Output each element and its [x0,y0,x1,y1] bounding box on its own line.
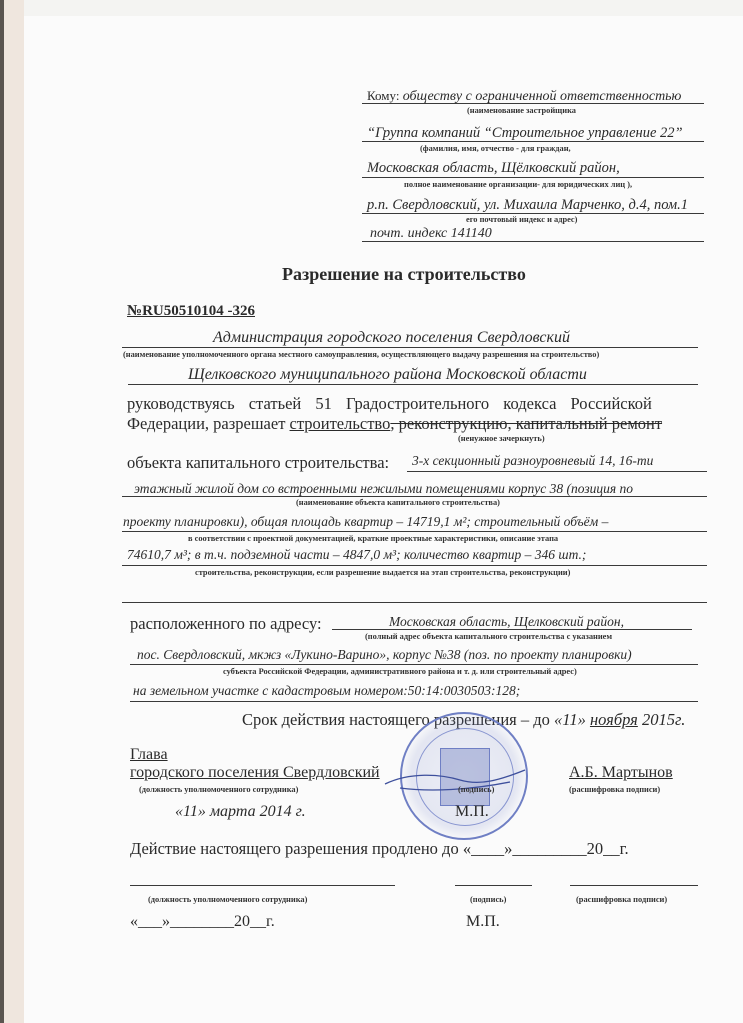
caption-full-address: (полный адрес объекта капитального строи… [365,632,612,641]
underline [128,384,698,385]
struck-options: , реконструкцию, капитальный ремонт [390,414,662,433]
underline [130,701,698,702]
validity-month: ноября [590,710,638,729]
caption-stage: строительства, реконструкции, если разре… [195,568,570,577]
location-value-2: пос. Свердловский, мкжз «Лукино-Варино»,… [137,647,632,663]
caption-position: (должность уполномоченного сотрудника) [139,785,298,794]
underline [122,347,698,348]
signatory-title-1: Глава [130,746,168,764]
caption-strike-out: (ненужное зачеркнуть) [458,434,545,443]
permit-text-line2: Федерации, разрешает строительство, реко… [127,414,662,434]
addressee-value-2: “Группа компаний “Строительное управлени… [367,125,683,142]
location-value-1: Московская область, Щелковский район, [389,614,624,630]
underline [362,141,704,142]
permit-text-prefix: Федерации, разрешает [127,414,290,433]
caption-citizen-name: (фамилия, имя, отчество - для граждан, [420,144,571,153]
underline [407,471,707,472]
caption-extension-position: (должность уполномоченного сотрудника) [148,895,307,904]
location-label: расположенного по адресу: [130,614,322,634]
caption-signature: (подпись) [458,785,494,794]
underline [362,177,704,178]
caption-subject: субъекта Российской Федерации, администр… [223,667,577,676]
underline [122,531,707,532]
underline [122,496,707,497]
caption-developer: (наименование застройщика [467,106,576,115]
underline [122,565,707,566]
authority-value-2: Щелковского муниципального района Москов… [188,366,587,384]
caption-name: (расшифровка подписи) [569,785,660,794]
scan-margin [4,0,24,1023]
object-value-1: 3-х секционный разноуровневый 14, 16-ти [412,453,653,469]
empty-line [122,602,707,603]
underline [130,664,698,665]
caption-org-name: полное наименование организации- для юри… [404,180,632,189]
object-value-3: проекту планировки), общая площадь кварт… [123,514,608,530]
caption-authority: (наименование уполномоченного органа мес… [123,350,599,359]
signature-line-name [570,885,698,886]
signature-icon [380,762,530,802]
validity-prefix: Срок действия настоящего разрешения – до [242,710,554,729]
addressee-value-5: почт. индекс 141140 [370,226,492,242]
caption-object-name: (наименование объекта капитального строи… [296,498,500,507]
underline [362,213,704,214]
signature-line-sign [455,885,532,886]
caption-postal: его почтовый индекс и адрес) [466,215,577,224]
signatory-name: А.Б. Мартынов [569,764,673,782]
underline [362,103,704,104]
page-title: Разрешение на строительство [282,264,526,285]
addressee-value-4: р.п. Свердловский, ул. Михаила Марченко,… [367,197,688,214]
validity-day: «11» [554,710,586,729]
validity-year: 2015г. [642,710,685,729]
permit-number: №RU50510104 -326 [127,303,255,320]
signatory-title-2: городского поселения Свердловский [130,764,380,782]
authority-value-1: Администрация городского поселения Сверд… [213,329,570,347]
location-value-3: на земельном участке с кадастровым номер… [133,683,520,699]
extension-date: «___»________20__г. [130,913,275,931]
addressee-value-3: Московская область, Щёлковский район, [367,160,620,177]
underline [362,241,704,242]
to-label: Кому: [367,88,399,103]
object-label: объекта капитального строительства: [127,453,389,473]
signature-line-position [130,885,395,886]
kept-option: строительство [290,414,391,433]
caption-extension-signature: (подпись) [470,895,506,904]
object-value-2: этажный жилой дом со встроенными нежилым… [134,481,633,497]
caption-characteristics: в соответствии с проектной документацией… [188,534,558,543]
permit-text-line1: руководствуясь статьей 51 Градостроитель… [127,394,652,414]
signature-date: «11» марта 2014 г. [175,803,306,821]
seal-placeholder: М.П. [455,803,489,821]
object-value-4: 74610,7 м³; в т.ч. подземной части – 484… [127,547,586,563]
extension-text: Действие настоящего разрешения продлено … [130,839,629,859]
addressee-value-1: обществу с ограниченной ответственностью [403,89,682,104]
caption-extension-name: (расшифровка подписи) [576,895,667,904]
extension-seal-placeholder: М.П. [466,913,500,931]
